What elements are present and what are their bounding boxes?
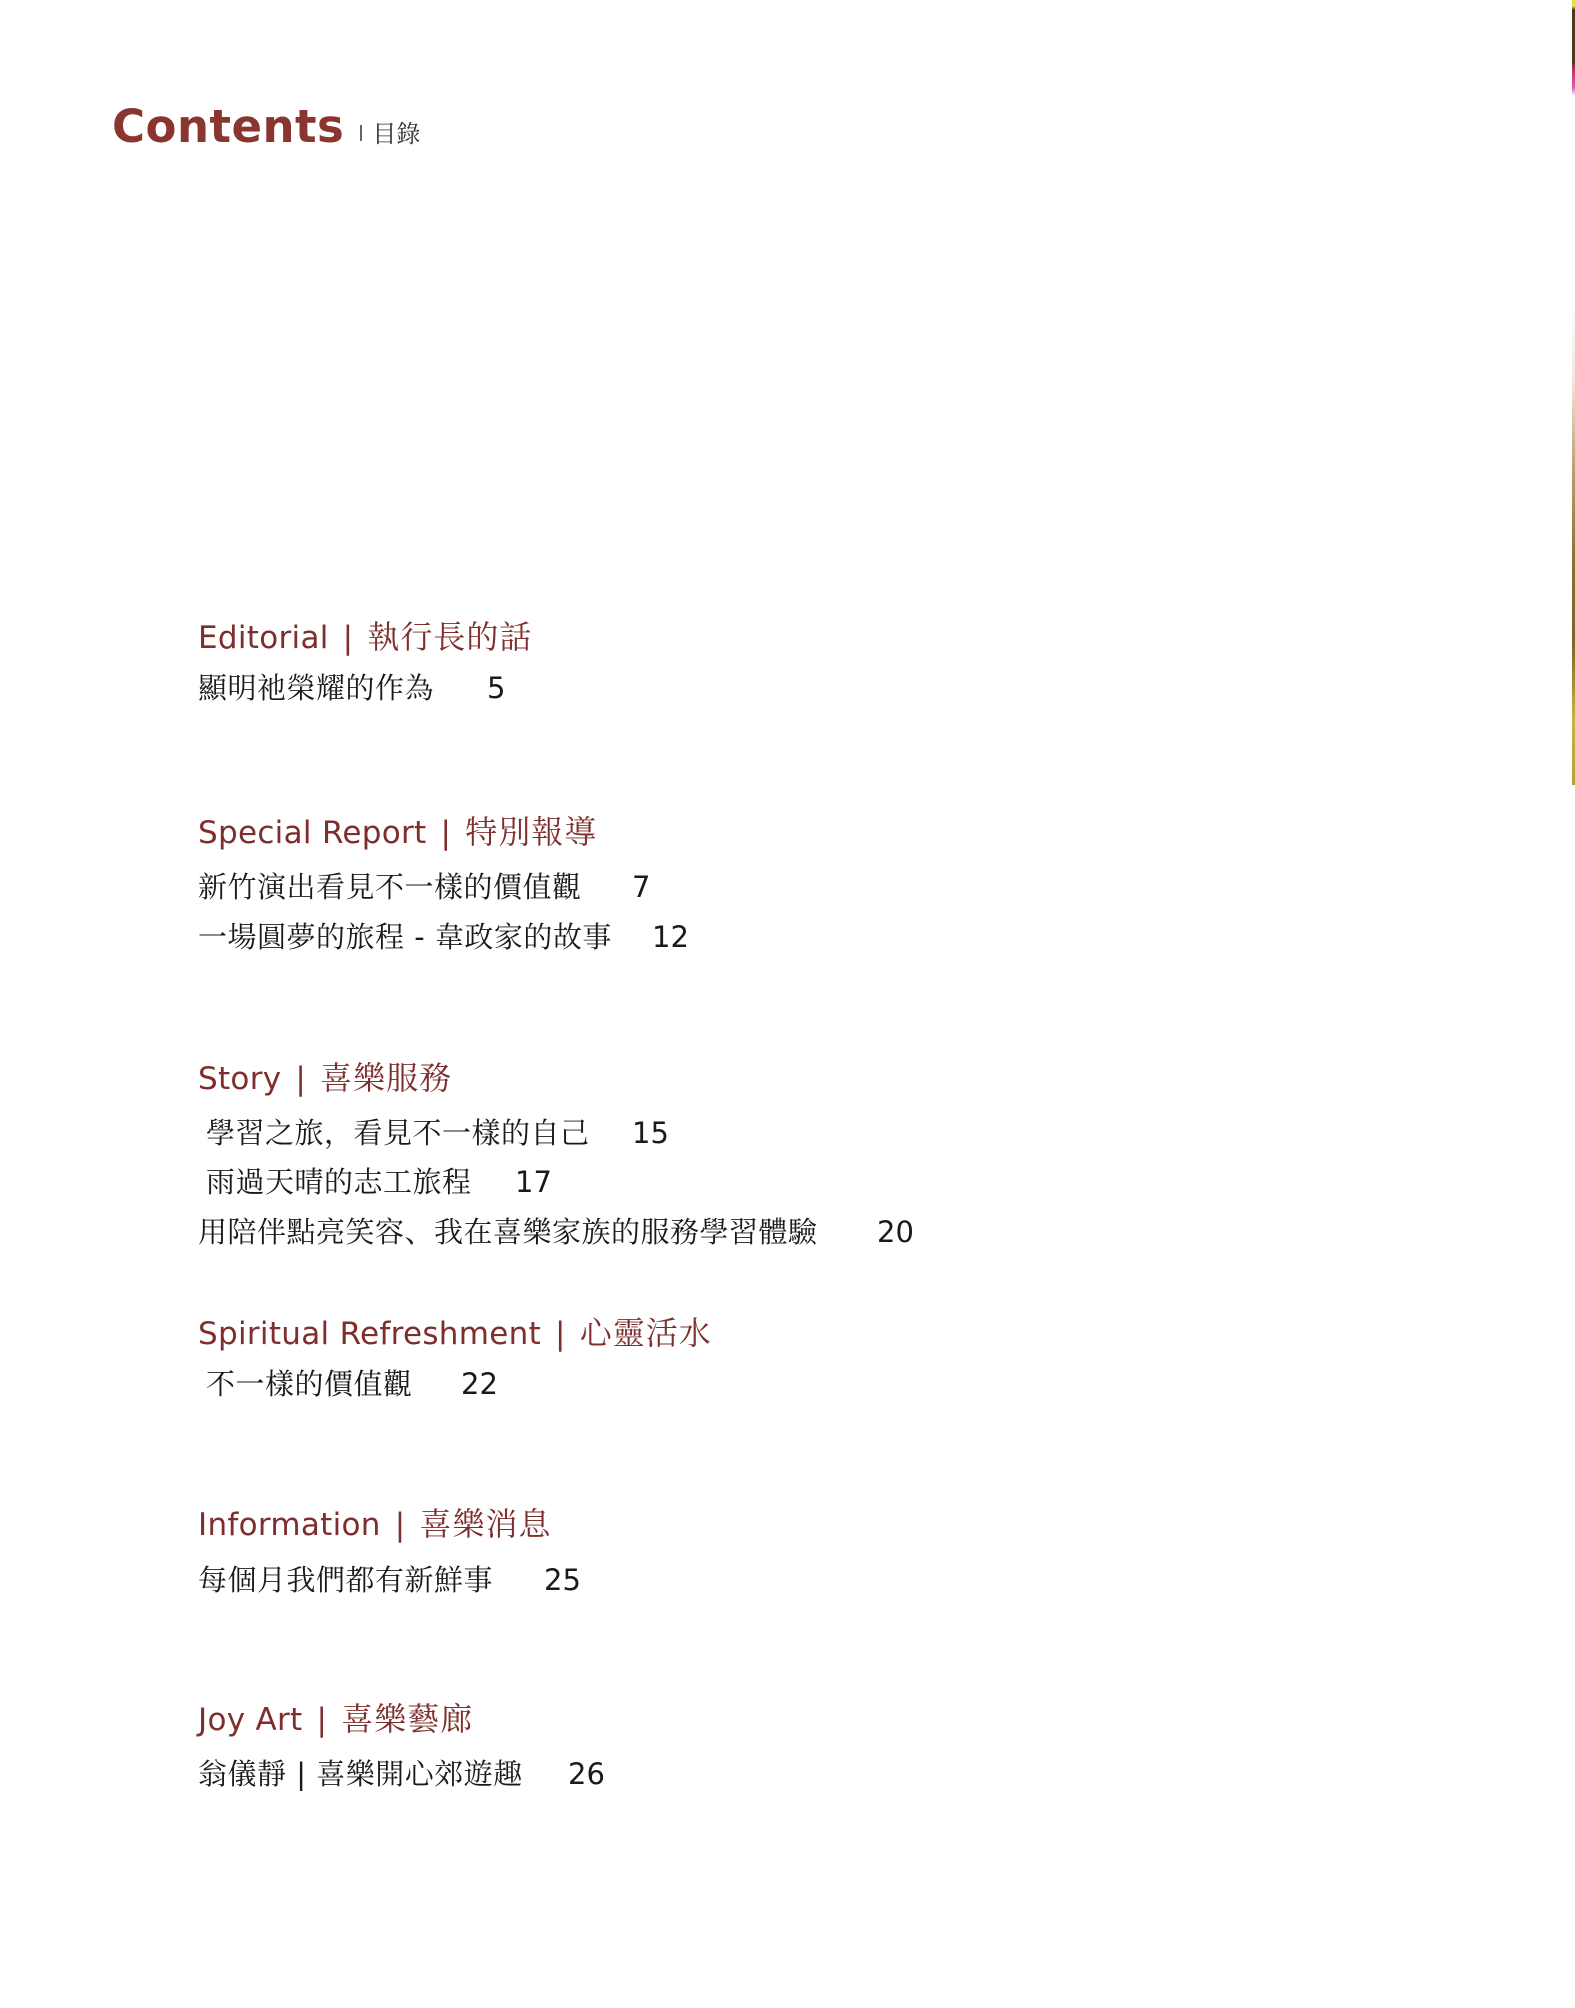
section-divider: | xyxy=(555,1314,566,1354)
section-heading-story: Story|喜樂服務 xyxy=(198,1058,452,1099)
section-divider: | xyxy=(317,1700,328,1740)
section-divider: | xyxy=(395,1505,406,1545)
toc-entry-page: 7 xyxy=(632,867,650,907)
section-heading-special-report: Special Report|特別報導 xyxy=(198,812,597,853)
page-title: Contents 目錄 xyxy=(112,100,420,153)
section-name-en: Joy Art xyxy=(198,1702,303,1738)
section-name-en: Special Report xyxy=(198,815,427,851)
section-name-zh: 特別報導 xyxy=(465,813,597,851)
section-name-en: Spiritual Refreshment xyxy=(198,1316,541,1352)
toc-entry-page: 12 xyxy=(652,917,689,957)
toc-entry-page: 17 xyxy=(515,1162,552,1202)
section-heading-joy-art: Joy Art|喜樂藝廊 xyxy=(198,1699,473,1740)
title-divider xyxy=(360,125,362,141)
toc-entry-page: 15 xyxy=(632,1113,669,1153)
toc-entry-title[interactable]: 每個月我們都有新鮮事 xyxy=(198,1560,493,1600)
toc-entry-page: 25 xyxy=(544,1560,581,1600)
toc-entry-title[interactable]: 不一樣的價值觀 xyxy=(206,1364,413,1404)
toc-entry-title[interactable]: 翁儀靜 | 喜樂開心郊遊趣 xyxy=(198,1754,523,1794)
section-name-en: Editorial xyxy=(198,620,329,656)
toc-entry-page: 20 xyxy=(877,1212,914,1252)
section-divider: | xyxy=(441,813,452,853)
section-heading-editorial: Editorial|執行長的話 xyxy=(198,617,532,658)
section-name-zh: 喜樂消息 xyxy=(420,1505,552,1543)
toc-entry-page: 22 xyxy=(461,1364,498,1404)
page-title-zh: 目錄 xyxy=(372,114,420,149)
toc-entry-page: 26 xyxy=(568,1754,605,1794)
section-name-en: Information xyxy=(198,1507,381,1543)
toc-entry-title[interactable]: 用陪伴點亮笑容、我在喜樂家族的服務學習體驗 xyxy=(198,1212,818,1252)
section-name-zh: 心靈活水 xyxy=(580,1314,712,1352)
section-name-zh: 喜樂服務 xyxy=(320,1059,452,1097)
section-heading-information: Information|喜樂消息 xyxy=(198,1504,552,1545)
toc-entry-page: 5 xyxy=(487,668,505,708)
section-divider: | xyxy=(343,618,354,658)
section-name-zh: 執行長的話 xyxy=(367,618,532,656)
toc-entry-title[interactable]: 顯明祂榮耀的作為 xyxy=(198,668,434,708)
page-title-en: Contents xyxy=(112,100,344,153)
toc-entry-title[interactable]: 新竹演出看見不一樣的價值觀 xyxy=(198,867,582,907)
toc-entry-title[interactable]: 雨過天晴的志工旅程 xyxy=(206,1162,472,1202)
section-divider: | xyxy=(295,1059,306,1099)
section-heading-spiritual-refreshment: Spiritual Refreshment|心靈活水 xyxy=(198,1313,712,1354)
section-name-en: Story xyxy=(198,1061,281,1097)
toc-entry-title[interactable]: 一場圓夢的旅程 - 韋政家的故事 xyxy=(198,917,612,957)
toc-entry-title[interactable]: 學習之旅，看見不一樣的自己 xyxy=(206,1113,590,1153)
section-name-zh: 喜樂藝廊 xyxy=(341,1700,473,1738)
